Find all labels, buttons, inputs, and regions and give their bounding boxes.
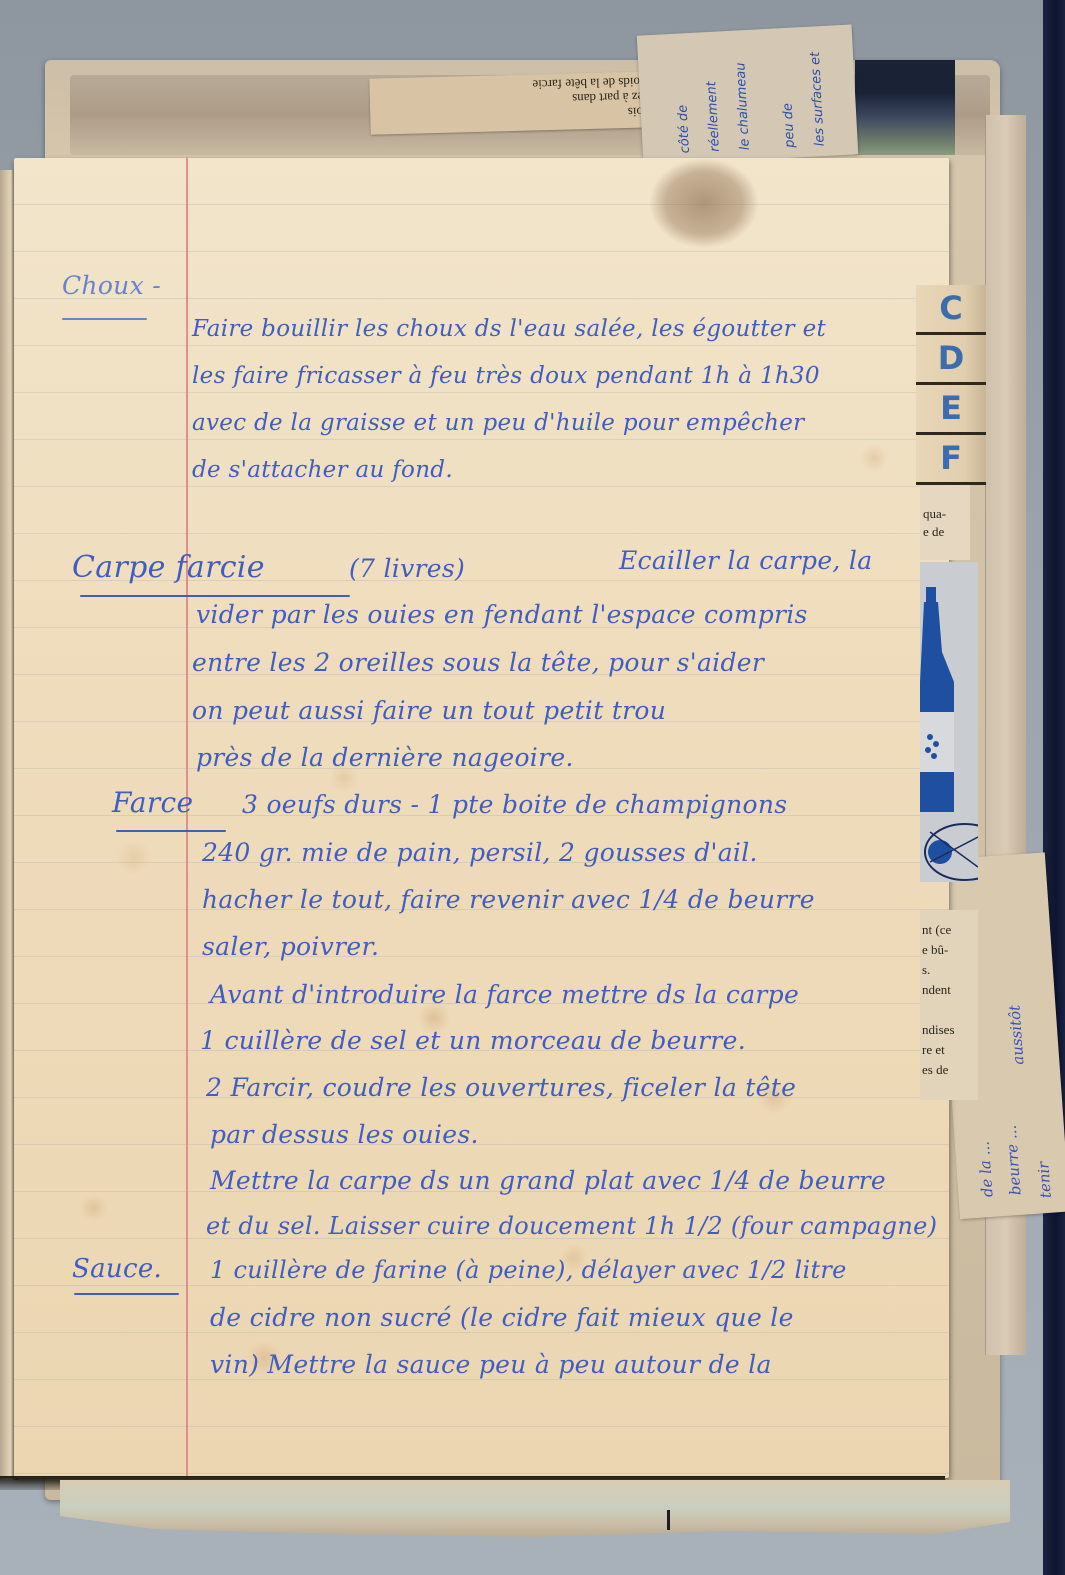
recipe-line: vider par les ouies en fendant l'espace … (196, 600, 808, 629)
section-title-sauce: Sauce. (72, 1254, 162, 1284)
clipping-line: nt (ce (922, 920, 978, 940)
wine-bottle-illustration (920, 562, 978, 882)
recipe-line: vin) Mettre la sauce peu à peu autour de… (210, 1350, 772, 1379)
section-title-farce: Farce (112, 786, 193, 819)
recipe-line: on peut aussi faire un tout petit trou (192, 696, 666, 725)
notebook-page: Choux - Faire bouillir les choux ds l'ea… (14, 158, 949, 1478)
recipe-line: Mettre la carpe ds un grand plat avec 1/… (210, 1166, 886, 1195)
recipe-title-carpe-farcie: Carpe farcie (72, 550, 265, 585)
title-underline (80, 595, 350, 597)
note-line: peu de (780, 103, 797, 149)
index-tab-f[interactable]: F (916, 435, 986, 485)
ink-mark (667, 1510, 670, 1530)
recipe-line: 1 cuillère de farine (à peine), délayer … (210, 1256, 847, 1284)
recipe-line: de cidre non sucré (le cidre fait mieux … (210, 1303, 794, 1332)
recipe-line: Ecailler la carpe, la (619, 546, 872, 575)
clipping-line: ndises (922, 1020, 978, 1040)
recipe-weight-note: (7 livres) (349, 554, 465, 583)
index-tab-c[interactable]: C (916, 285, 986, 335)
note-line: réellement (704, 81, 723, 152)
recipe-line: les faire fricasser à feu très doux pend… (192, 363, 820, 389)
title-underline (74, 1293, 179, 1295)
note-line: côté de (675, 104, 693, 153)
recipe-line: de s'attacher au fond. (192, 457, 453, 483)
recipe-title-choux: Choux - (62, 271, 161, 300)
recipe-line: et du sel. Laisser cuire doucement 1h 1/… (206, 1212, 937, 1240)
note-line: tenir (1034, 1161, 1055, 1199)
clipping-line: qua- (923, 505, 970, 523)
clipping-line: e bû- (922, 940, 978, 960)
newspaper-clipping-top: rois tez à part dans poids de la bête fa… (369, 71, 655, 134)
note-line: de la ... (975, 1141, 997, 1198)
bottom-page-stack (60, 1480, 1010, 1540)
recipe-line: 2 Farcir, coudre les ouvertures, ficeler… (206, 1073, 796, 1102)
recipe-line: 3 oeufs durs - 1 pte boite de champignon… (242, 790, 787, 819)
recipe-line: 240 gr. mie de pain, persil, 2 gousses d… (202, 838, 758, 867)
note-line: les surfaces et (808, 51, 828, 146)
photo-fragment (855, 60, 955, 155)
recipe-line: par dessus les ouies. (210, 1120, 479, 1149)
notebook-cover-edge (1043, 0, 1065, 1575)
note-line: aussitôt (1005, 1004, 1027, 1065)
recipe-line: Avant d'introduire la farce mettre ds la… (210, 980, 799, 1009)
clipping-line: s. (922, 960, 978, 980)
clipping-line: re et (922, 1040, 978, 1060)
title-underline (116, 830, 226, 832)
printed-clipping-right: qua- e de (920, 485, 970, 560)
recipe-line: entre les 2 oreilles sous la tête, pour … (192, 648, 764, 677)
note-line: le chalumeau (733, 62, 753, 150)
clipping-line: es de (922, 1060, 978, 1080)
printed-clipping-right-lower: nt (ce e bû- s. ndent ndises re et es de (920, 910, 978, 1100)
recipe-line: Faire bouillir les choux ds l'eau salée,… (192, 316, 826, 342)
recipe-line: 1 cuillère de sel et un morceau de beurr… (200, 1026, 746, 1055)
bottle-icon (920, 562, 978, 882)
clipping-spacer (922, 1000, 978, 1020)
clipping-line: ndent (922, 980, 978, 1000)
recipe-line: saler, poivrer. (202, 932, 379, 961)
index-tab-d[interactable]: D (916, 335, 986, 385)
note-line: beurre ... (1002, 1124, 1025, 1196)
recipe-line: hacher le tout, faire revenir avec 1/4 d… (202, 885, 815, 914)
recipe-line: près de la dernière nageoire. (196, 743, 574, 772)
handwritten-note-top: côté de réellement le chalumeau peu de l… (637, 24, 859, 165)
recipe-line: avec de la graisse et un peu d'huile pou… (192, 410, 804, 436)
index-tab-e[interactable]: E (916, 385, 986, 435)
clipping-line: e de (923, 523, 970, 541)
title-underline (62, 318, 147, 320)
